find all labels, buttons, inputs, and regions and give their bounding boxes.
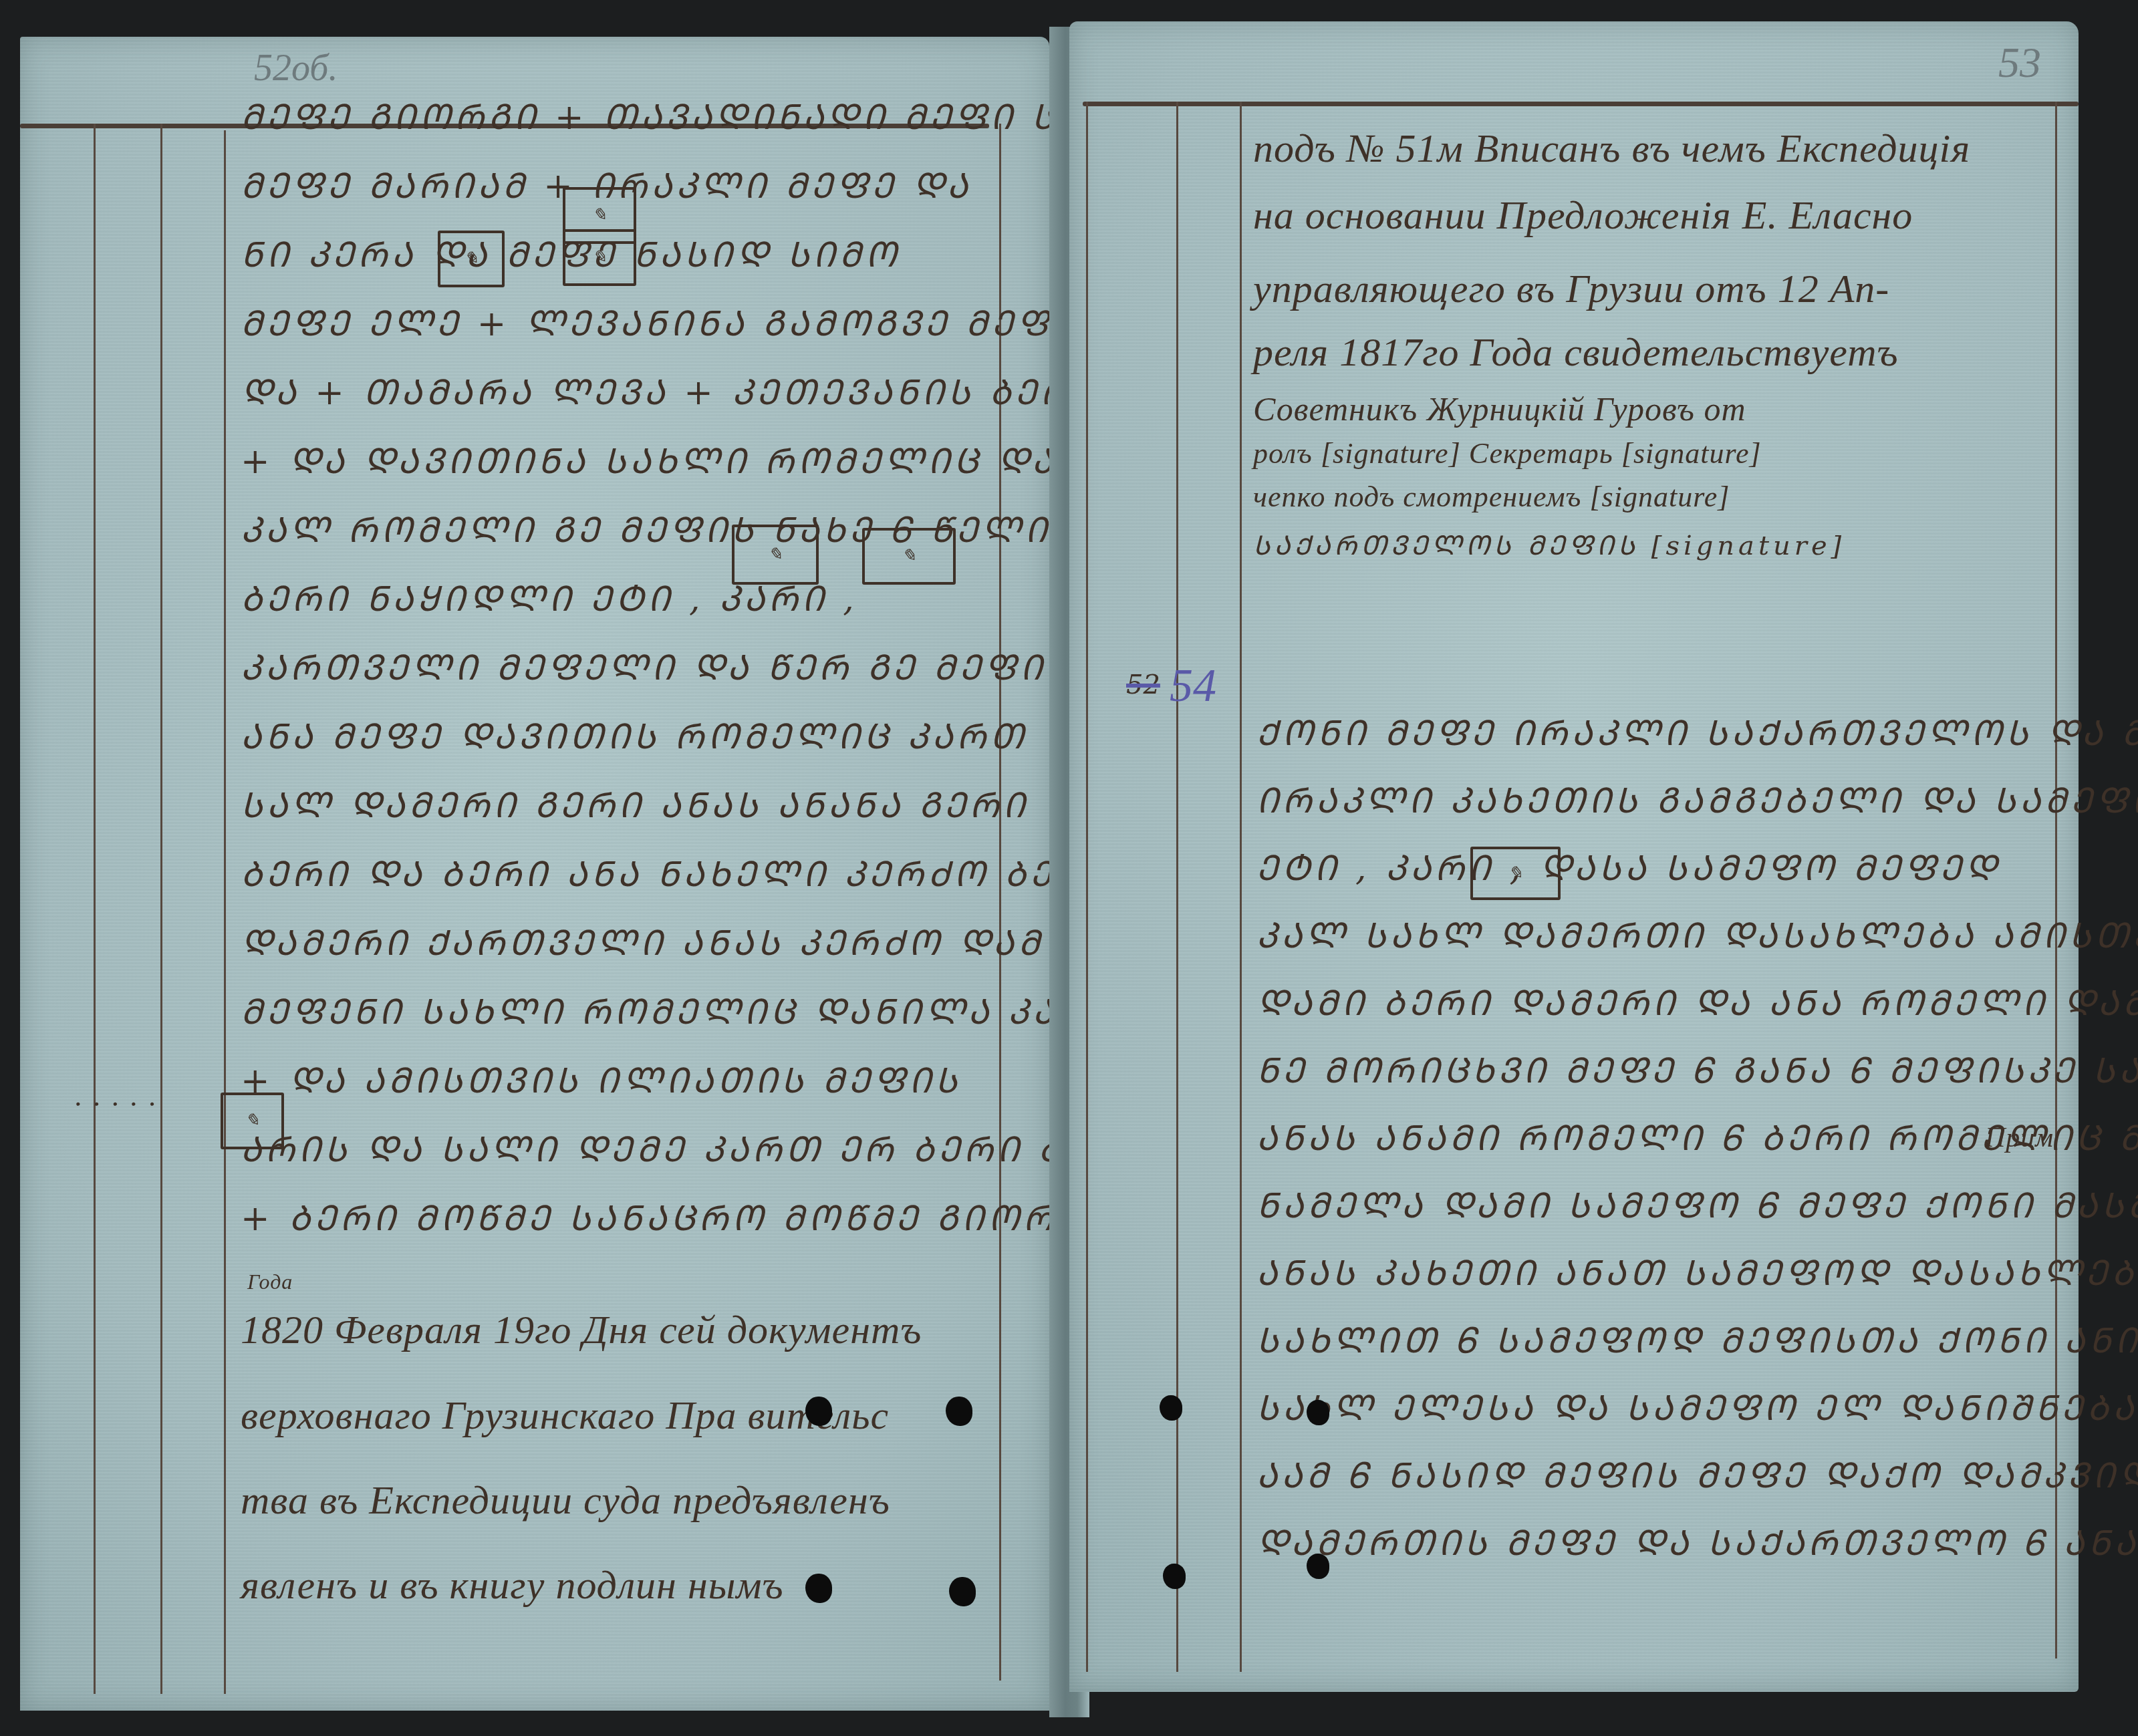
georgian-line: ᲓᲐᲛᲔᲠᲗᲘᲡ ᲛᲔᲤᲔ ᲓᲐ ᲡᲐᲥᲐᲠᲗᲕᲔᲚᲝ Ꮾ ᲐᲜᲐᲡ ᲐᲐᲛ bbox=[1256, 1526, 2138, 1561]
georgian-line: + ᲓᲐ ᲐᲛᲘᲡᲗᲕᲘᲡ ᲘᲚᲘᲐᲗᲘᲡ ᲛᲔᲤᲘᲡ bbox=[241, 1064, 961, 1099]
ink-dots-mark: ⋅⋅⋅⋅⋅ bbox=[74, 1089, 166, 1120]
right-page: 53 подъ № 51м Вписанъ въ чемъ Експедицiя… bbox=[1069, 21, 2079, 1692]
binding-hole bbox=[1307, 1400, 1329, 1425]
georgian-line: + ᲑᲔᲠᲘ ᲛᲝᲬᲛᲔ ᲡᲐᲜᲐᲪᲠᲝ ᲛᲝᲬᲛᲔ ᲒᲘᲝᲠᲒᲘ bbox=[241, 1201, 1108, 1236]
russian-header-line: ролъ [signature] Секретарь [signature] bbox=[1253, 439, 1762, 468]
margin-rule-1 bbox=[94, 124, 96, 1694]
binding-hole bbox=[1163, 1564, 1186, 1589]
seal-notation: ✎ bbox=[563, 229, 636, 286]
seal-notation: ✎ bbox=[1470, 847, 1561, 900]
russian-header-line: управляющего въ Грузии отъ 12 Ап- bbox=[1253, 269, 1889, 309]
georgian-line: ᲥᲝᲜᲘ ᲛᲔᲤᲔ ᲘᲠᲐᲙᲚᲘ ᲡᲐᲥᲐᲠᲗᲕᲔᲚᲝᲡ ᲓᲐ ᲛᲔᲤᲔ bbox=[1256, 716, 2138, 751]
folio-number-right: 53 bbox=[1998, 38, 2041, 88]
folio-number-left: 52об. bbox=[254, 47, 338, 90]
georgian-line: ᲘᲠᲐᲙᲚᲘ ᲙᲐᲮᲔᲗᲘᲡ ᲒᲐᲛᲒᲔᲑᲔᲚᲘ ᲓᲐ ᲡᲐᲛᲔᲤᲝ bbox=[1256, 784, 2138, 819]
georgian-line: ᲓᲐᲛᲔᲠᲘ ᲥᲐᲠᲗᲕᲔᲚᲘ ᲐᲜᲐᲡ ᲙᲔᲠᲫᲝ ᲓᲐᲛ bbox=[241, 926, 1044, 961]
binding-hole bbox=[1307, 1554, 1329, 1579]
russian-note-line: явленъ и въ книгу подлин нымъ bbox=[241, 1565, 784, 1605]
binding-hole bbox=[949, 1577, 976, 1606]
russian-note-superscript: Года bbox=[247, 1271, 293, 1292]
georgian-line: ᲙᲐᲠᲗᲕᲔᲚᲘ ᲛᲔᲤᲔᲚᲘ ᲓᲐ ᲬᲔᲠ ᲒᲔ ᲛᲔᲤᲘᲡ ᲡᲐᲮ bbox=[241, 651, 1165, 686]
georgian-line: ᲑᲔᲠᲘ ᲓᲐ ᲑᲔᲠᲘ ᲐᲜᲐ ᲜᲐᲮᲔᲚᲘ ᲙᲔᲠᲫᲝ ᲑᲔᲠᲘ bbox=[241, 857, 1115, 892]
georgian-line: ᲐᲜᲐᲡ ᲙᲐᲮᲔᲗᲘ ᲐᲜᲐᲗ ᲡᲐᲛᲔᲤᲝᲓ ᲓᲐᲡᲐᲮᲚᲔᲑᲐᲡ ᲓᲐ bbox=[1256, 1256, 2138, 1291]
georgian-line: ᲜᲐᲛᲔᲚᲐ ᲓᲐᲛᲘ ᲡᲐᲛᲔᲤᲝ Ꮾ ᲛᲔᲤᲔ ᲥᲝᲜᲘ ᲛᲐᲡᲛᲔ bbox=[1256, 1189, 2138, 1223]
russian-note-line: тва въ Експедиции суда предъявленъ bbox=[241, 1480, 890, 1520]
russian-header-line: Советникъ Журницкiй Гуровъ от bbox=[1253, 392, 1746, 426]
margin-annotation: Прим bbox=[1985, 1124, 2054, 1152]
left-page: 52об. ⋅⋅⋅⋅⋅ ᲛᲔᲤᲔ ᲒᲘᲝᲠᲒᲘ + ᲗᲐᲕᲐᲓᲘᲜᲐᲓᲘ ᲛᲔᲤ… bbox=[20, 37, 1049, 1711]
text-column-left-rule bbox=[224, 130, 226, 1694]
seal-notation: ✎ bbox=[221, 1093, 284, 1149]
entry-number-struck: 52 bbox=[1126, 670, 1160, 700]
seal-notation: ✎ bbox=[862, 528, 956, 585]
georgian-signature-line: ᲡᲐᲥᲐᲠᲗᲕᲔᲚᲝᲡ ᲛᲔᲤᲘᲡ [signature] bbox=[1253, 533, 1845, 559]
georgian-line: ᲓᲐᲛᲘ ᲑᲔᲠᲘ ᲓᲐᲛᲔᲠᲘ ᲓᲐ ᲐᲜᲐ ᲠᲝᲛᲔᲚᲘ ᲓᲐᲛᲔᲠᲗᲘ bbox=[1256, 986, 2138, 1021]
russian-note-line: верховнаго Грузинскаго Прa вительс bbox=[241, 1395, 889, 1435]
russian-note-line: 1820 Февраля 19го Дня сей документъ bbox=[241, 1310, 922, 1350]
seal-notation: ✎ bbox=[732, 525, 819, 585]
entry-number-violet: 54 bbox=[1170, 660, 1216, 713]
russian-header-line: чепко подъ смотрениемъ [signature] bbox=[1253, 482, 1730, 512]
georgian-line: ᲡᲐᲮᲚ ᲔᲚᲔᲡᲐ ᲓᲐ ᲡᲐᲛᲔᲤᲝ ᲔᲚ ᲓᲐᲜᲘᲨᲜᲔᲑᲐ ᲡᲐ bbox=[1256, 1391, 2138, 1426]
georgian-line: ᲛᲔᲤᲔᲜᲘ ᲡᲐᲮᲚᲘ ᲠᲝᲛᲔᲚᲘᲪ ᲓᲐᲜᲘᲚᲐ ᲙᲐᲚ bbox=[241, 995, 1100, 1030]
georgian-line: ᲜᲔ ᲛᲝᲠᲘᲪᲮᲕᲘ ᲛᲔᲤᲔ Ꮾ ᲒᲐᲜᲐ Ꮾ ᲛᲔᲤᲘᲡᲙᲔ ᲡᲐᲥ bbox=[1256, 1054, 2138, 1089]
text-column-right-rule bbox=[999, 124, 1001, 1681]
georgian-line: ᲓᲐ + ᲗᲐᲛᲐᲠᲐ ᲚᲔᲕᲐ + ᲙᲔᲗᲔᲕᲐᲜᲘᲡ ᲑᲔᲠᲘᲙ bbox=[241, 376, 1124, 410]
georgian-line: ᲙᲐᲚ ᲡᲐᲮᲚ ᲓᲐᲛᲔᲠᲗᲘ ᲓᲐᲡᲐᲮᲚᲔᲑᲐ ᲐᲛᲘᲡᲗᲕᲘᲡ ᲛᲔᲤᲘ… bbox=[1256, 919, 2138, 954]
binding-hole bbox=[946, 1397, 972, 1426]
georgian-line: ᲡᲐᲮᲚᲘᲗ Ꮾ ᲡᲐᲛᲔᲤᲝᲓ ᲛᲔᲤᲘᲡᲗᲐ ᲥᲝᲜᲘ ᲐᲜᲘ ᲠᲝᲛᲔᲚ bbox=[1256, 1324, 2138, 1358]
georgian-line: ᲛᲔᲤᲔ ᲔᲚᲔ + ᲚᲔᲕᲐᲜᲘᲜᲐ ᲒᲐᲛᲝᲒᲕᲔ ᲛᲔᲤᲔ ᲓᲐ bbox=[241, 307, 1152, 341]
russian-header-line: реля 1817го Года свидетельствуетъ bbox=[1253, 332, 1899, 372]
russian-header-line: подъ № 51м Вписанъ въ чемъ Експедицiя bbox=[1253, 128, 1970, 168]
margin-rule-2 bbox=[160, 124, 162, 1694]
binding-hole bbox=[805, 1397, 832, 1426]
margin-rule-2 bbox=[1176, 102, 1178, 1672]
seal-notation: ✎ bbox=[438, 231, 505, 287]
georgian-line: ᲑᲔᲠᲘ ᲜᲐᲧᲘᲓᲚᲘ ᲔᲢᲘ , ᲙᲐᲠᲘ , bbox=[241, 582, 858, 617]
text-column-left-rule bbox=[1240, 102, 1242, 1672]
georgian-line: ᲙᲐᲚ ᲠᲝᲛᲔᲚᲘ ᲒᲔ ᲛᲔᲤᲘᲡ ᲜᲐᲮᲔ Ꮾ ᲬᲔᲚᲘᲓ ᲓᲐ bbox=[241, 513, 1162, 548]
georgian-line: ᲔᲢᲘ , ᲙᲐᲠᲘ , ᲓᲐᲡᲐ ᲡᲐᲛᲔᲤᲝ ᲛᲔᲤᲔᲓ bbox=[1256, 851, 2001, 886]
georgian-line: + ᲓᲐ ᲓᲐᲕᲘᲗᲘᲜᲐ ᲡᲐᲮᲚᲘ ᲠᲝᲛᲔᲚᲘᲪ ᲓᲐᲜᲘᲜ bbox=[241, 444, 1135, 479]
georgian-line: ᲡᲐᲚ ᲓᲐᲛᲔᲠᲘ ᲒᲔᲠᲘ ᲐᲜᲐᲡ ᲐᲜᲐᲜᲐ ᲒᲔᲠᲘ ᲓᲐ bbox=[241, 788, 1103, 823]
binding-hole bbox=[1160, 1395, 1182, 1421]
binding-hole bbox=[805, 1574, 832, 1603]
georgian-line: ᲐᲜᲐ ᲛᲔᲤᲔ ᲓᲐᲕᲘᲗᲘᲡ ᲠᲝᲛᲔᲚᲘᲪ ᲙᲐᲠᲗ bbox=[241, 720, 1028, 754]
russian-header-line: на основании Предложенiя Е. Еласно bbox=[1253, 195, 1913, 235]
margin-rule-1 bbox=[1086, 102, 1088, 1672]
georgian-line: ᲐᲐᲛ Ꮾ ᲜᲐᲡᲘᲓ ᲛᲔᲤᲘᲡ ᲛᲔᲤᲔ ᲓᲐᲥᲝ ᲓᲐᲛᲙᲕᲘᲓᲠᲔᲑᲘᲗ bbox=[1256, 1459, 2138, 1493]
header-rule bbox=[1083, 102, 2079, 106]
